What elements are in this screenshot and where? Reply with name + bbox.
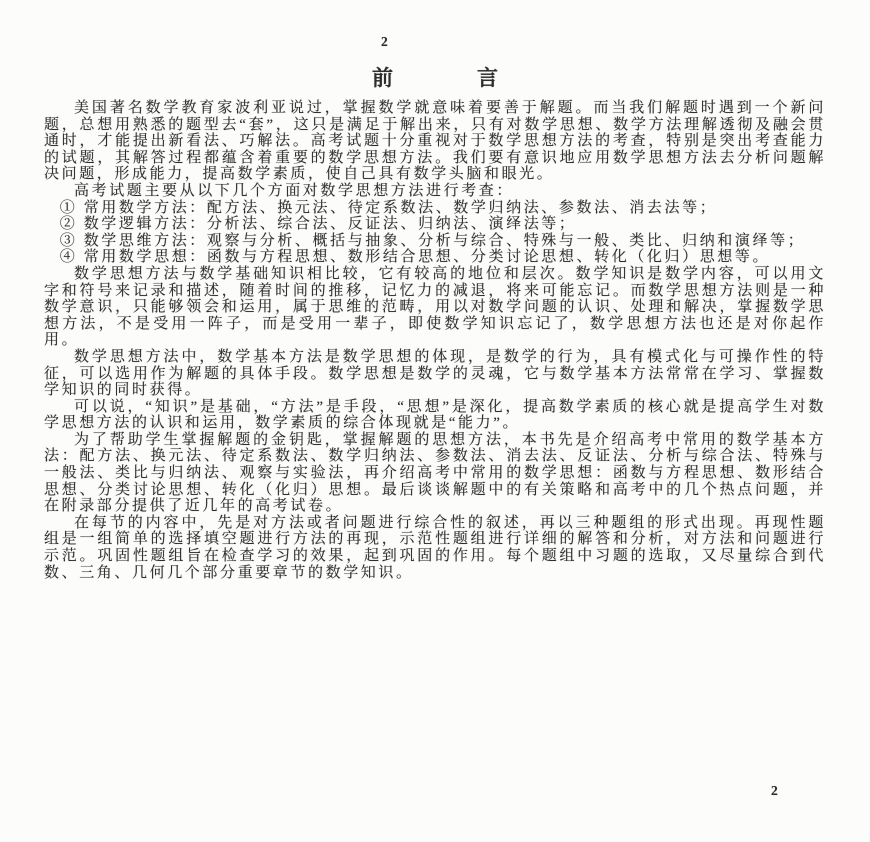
list-item-common-ideas: ④ 常用数学思想：函数与方程思想、数形结合思想、分类讨论思想、转化（化归）思想等… [44, 249, 826, 266]
header-page-number: 2 [381, 34, 388, 50]
paragraph-1: 美国著名数学教育家波利亚说过，掌握数学就意味着要善于解题。而当我们解题时遇到一个… [44, 100, 826, 183]
paragraph-4: 数学思想方法中，数学基本方法是数学思想的体现，是数学的行为，具有模式化与可操作性… [44, 349, 826, 399]
preface-body: 美国著名数学教育家波利亚说过，掌握数学就意味着要善于解题。而当我们解题时遇到一个… [44, 100, 826, 581]
book-page: 2 前言 美国著名数学教育家波利亚说过，掌握数学就意味着要善于解题。而当我们解题… [0, 0, 870, 842]
list-item-logic-methods: ② 数学逻辑方法：分析法、综合法、反证法、归纳法、演绎法等； [44, 216, 826, 233]
paragraph-5: 可以说，“知识”是基础，“方法”是手段，“思想”是深化，提高数学素质的核心就是提… [44, 399, 826, 432]
paragraph-3: 数学思想方法与数学基础知识相比较，它有较高的地位和层次。数学知识是数学内容，可以… [44, 266, 826, 349]
footer-page-number: 2 [771, 783, 778, 799]
paragraph-2-intro: 高考试题主要从以下几个方面对数学思想方法进行考查： [44, 183, 826, 200]
paragraph-6: 为了帮助学生掌握解题的金钥匙，掌握解题的思想方法，本书先是介绍高考中常用的数学基… [44, 432, 826, 515]
list-item-common-methods: ① 常用数学方法：配方法、换元法、待定系数法、数学归纳法、参数法、消去法等； [44, 200, 826, 217]
paragraph-7: 在每节的内容中，先是对方法或者问题进行综合性的叙述，再以三种题组的形式出现。再现… [44, 515, 826, 581]
list-item-thinking-methods: ③ 数学思维方法：观察与分析、概括与抽象、分析与综合、特殊与一般、类比、归纳和演… [44, 233, 826, 250]
page-title: 前言 [44, 62, 826, 92]
